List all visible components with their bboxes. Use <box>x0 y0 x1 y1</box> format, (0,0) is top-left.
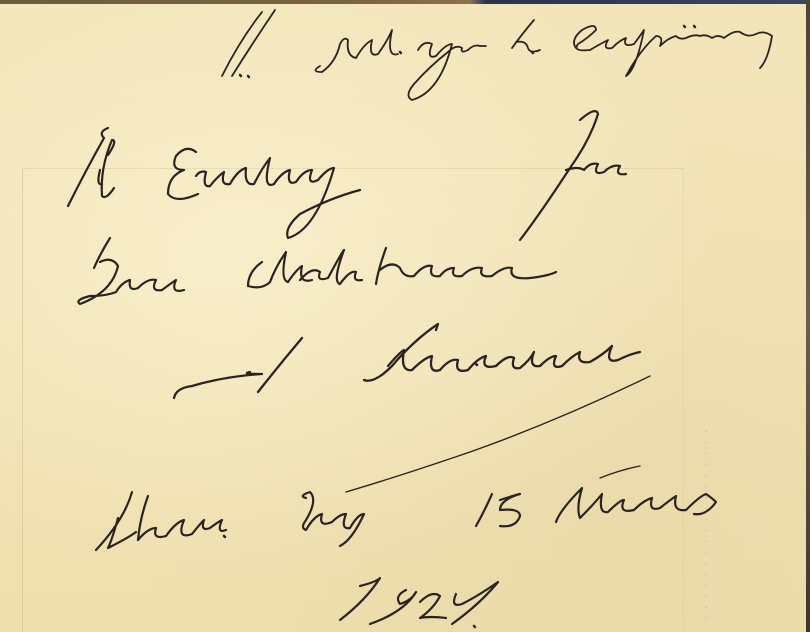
place-date-handwriting <box>96 466 716 550</box>
year-handwriting <box>340 578 498 627</box>
addressee-handwriting <box>222 10 772 100</box>
dedication-1-handwriting <box>68 111 626 240</box>
handwriting-ink <box>0 0 810 632</box>
signature-handwriting <box>174 324 650 492</box>
dedication-2-handwriting <box>78 238 556 304</box>
